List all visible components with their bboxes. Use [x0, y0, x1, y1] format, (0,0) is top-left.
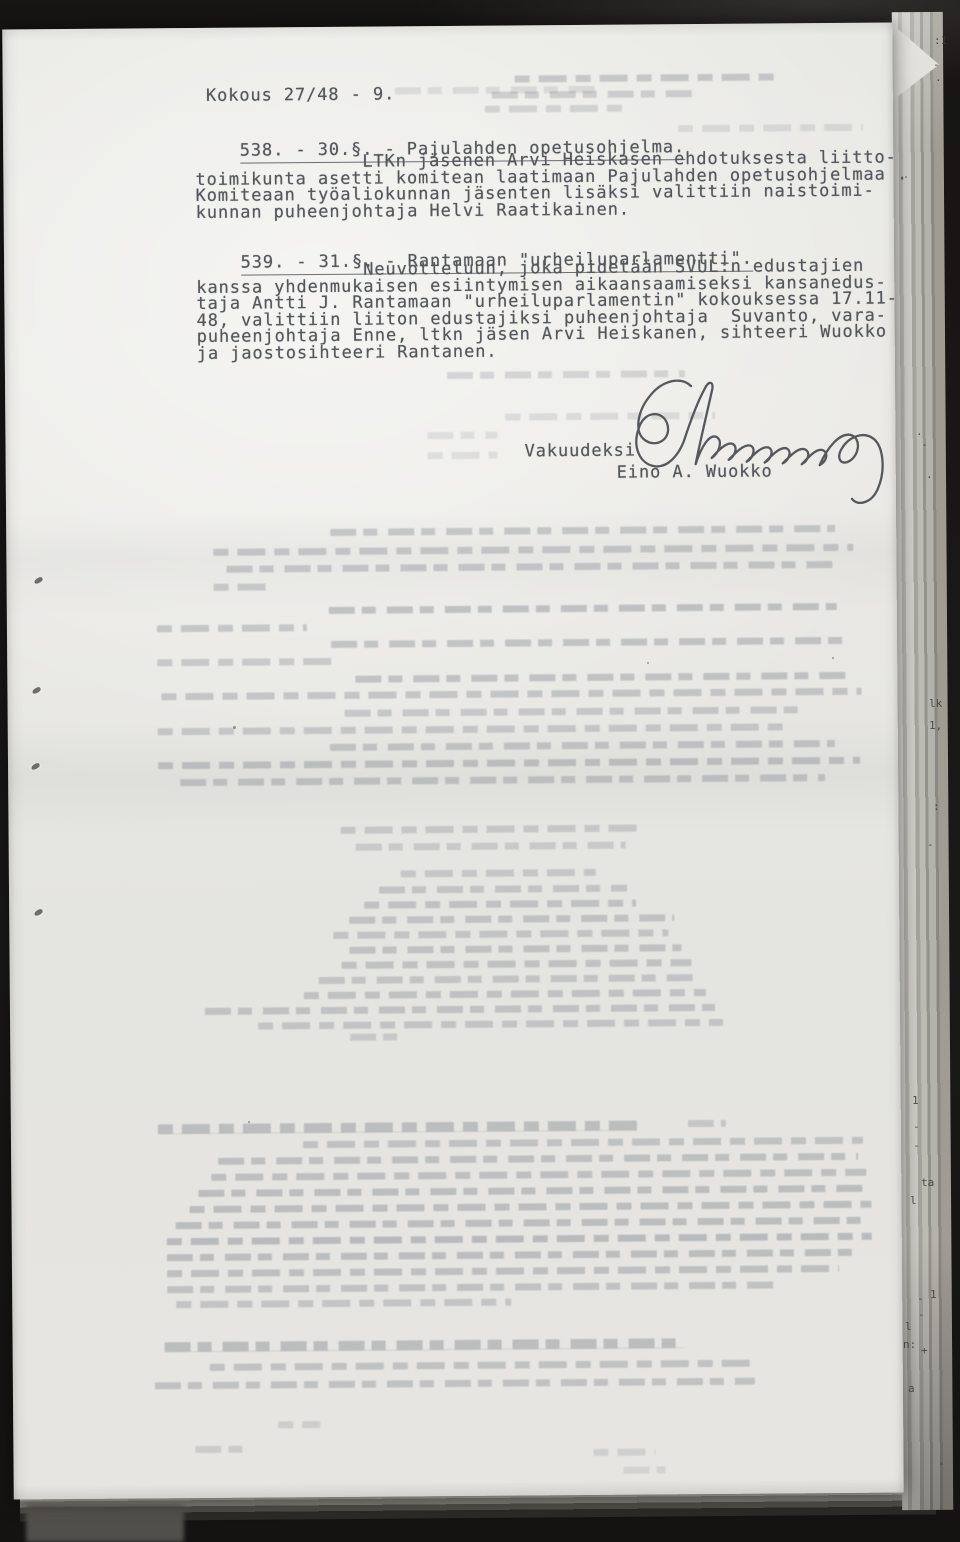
- ghost-text-line: [329, 603, 837, 614]
- ghost-text-line: [331, 637, 843, 648]
- ghost-text-line: [176, 1299, 511, 1309]
- scanned-document-page: { "document": { "meeting_line": " Kokous…: [0, 0, 960, 1542]
- edge-text-fragment: :: [933, 800, 940, 813]
- ghost-text-line: [213, 544, 853, 556]
- handwritten-signature: [605, 371, 896, 543]
- ghost-text-line: [345, 706, 803, 717]
- ghost-text-line: [304, 989, 706, 999]
- edge-text-fragment: -: [917, 1292, 924, 1305]
- ghost-text-line: [485, 105, 630, 113]
- ghost-text-line: [401, 869, 596, 878]
- edge-text-fragment: 1: [912, 1094, 919, 1107]
- ghost-text-line: [355, 672, 845, 683]
- ghost-text-line: [158, 1121, 638, 1135]
- ghost-text-line: [427, 432, 497, 440]
- ghost-text-line: [211, 1169, 866, 1181]
- ghost-text-line: [158, 757, 860, 770]
- ghost-text-line: [198, 1185, 868, 1197]
- ghost-text-line: [428, 452, 498, 460]
- edge-text-fragment: -: [913, 1139, 920, 1152]
- edge-text-fragment: l: [910, 1194, 917, 1207]
- ghost-text-line: [189, 1201, 871, 1213]
- ghost-text-line: [303, 1137, 863, 1148]
- section-538-body: LTKn jäsenen Arvi Heiskasen ehdotuksesta…: [195, 149, 908, 221]
- edge-text-fragment: ta: [921, 1176, 934, 1189]
- background-surface-patch: [26, 1506, 184, 1542]
- dust-speck: [905, 176, 907, 178]
- ghost-text-line: [624, 1466, 666, 1473]
- ghost-text-line: [319, 974, 699, 984]
- ghost-text-line: [342, 959, 692, 969]
- edge-text-fragment: -: [921, 438, 928, 451]
- ghost-text-line: [356, 842, 626, 851]
- edge-text-fragment: ·: [926, 471, 933, 484]
- ghost-text-line: [176, 1217, 872, 1229]
- ghost-text-line: [158, 723, 783, 735]
- bleed-through-text-layer: [2, 23, 892, 30]
- ghost-text-line: [678, 124, 863, 132]
- edge-text-fragment: l: [905, 1320, 912, 1333]
- ghost-text-line: [205, 1004, 715, 1015]
- document-paper: Kokous 27/48 - 9. 538. - 30.§. - Pajulah…: [2, 23, 904, 1500]
- ghost-text-line: [167, 1249, 857, 1261]
- section-539-body: Neuvotteluun, joka pidetään SVUL:n edust…: [196, 257, 898, 362]
- ghost-text-line: [341, 825, 641, 834]
- ghost-text-line: [165, 1338, 685, 1352]
- edge-text-fragment: -: [918, 1308, 925, 1321]
- ghost-text-line: [278, 1421, 320, 1428]
- ghost-text-line: [379, 885, 627, 894]
- edge-text-fragment: -: [913, 1120, 920, 1133]
- ghost-text-line: [258, 1019, 723, 1030]
- edge-text-fragment: +: [921, 1344, 928, 1357]
- ghost-text-line: [161, 688, 861, 700]
- ghost-text-line: [218, 1153, 858, 1165]
- ghost-text-line: [195, 1446, 253, 1453]
- edge-text-fragment: n:: [903, 1338, 916, 1351]
- edge-text-fragment: :1: [934, 34, 947, 47]
- dust-speck: [233, 726, 236, 729]
- ghost-text-line: [180, 774, 825, 786]
- ghost-text-line: [330, 740, 835, 751]
- dust-speck: [832, 657, 834, 659]
- edge-text-fragment: a: [908, 1382, 915, 1395]
- ghost-text-line: [210, 1360, 755, 1371]
- dust-speck: [248, 1121, 250, 1123]
- ghost-text-line: [214, 583, 274, 590]
- edge-text-fragment: 1,: [929, 719, 942, 732]
- ghost-text-line: [155, 1378, 755, 1390]
- ghost-text-line: [515, 73, 783, 82]
- ghost-text-line: [157, 624, 307, 632]
- ghost-text-line: [349, 944, 681, 954]
- edge-text-fragment: -: [933, 58, 940, 71]
- edge-text-fragment: ·: [935, 74, 942, 87]
- ghost-text-line: [157, 658, 332, 666]
- ghost-text-line: [349, 914, 674, 924]
- edge-text-fragment: -: [927, 838, 934, 851]
- ghost-text-line: [350, 1033, 398, 1040]
- edge-text-fragment: 1: [930, 1288, 937, 1301]
- ghost-text-line: [167, 1233, 872, 1246]
- dust-speck: [940, 1462, 943, 1465]
- ghost-text-line: [333, 929, 668, 939]
- ghost-text-line: [688, 1120, 726, 1127]
- edge-text-fragment: lk: [929, 697, 942, 710]
- ghost-text-line: [167, 1281, 777, 1293]
- ghost-text-line: [593, 1448, 655, 1455]
- ghost-text-line: [167, 1265, 839, 1277]
- dust-speck: [647, 662, 649, 664]
- ghost-text-line: [226, 561, 838, 573]
- meeting-number-line: Kokous 27/48 - 9.: [195, 86, 396, 104]
- ghost-text-line: [364, 900, 636, 909]
